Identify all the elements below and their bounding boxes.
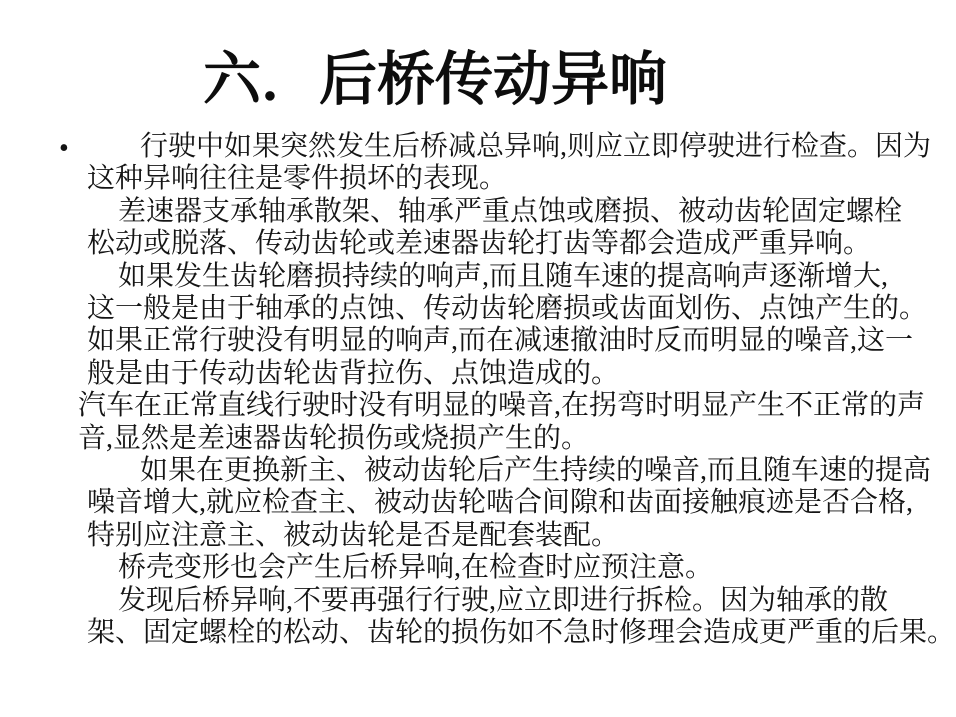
text-line: 如果正常行驶没有明显的响声,而在减速撤油时反而明显的噪音,这一 [87, 325, 943, 357]
bullet-marker: • [59, 133, 69, 165]
paragraph-3: 如果发生齿轮磨损持续的响声,而且随车速的提高响声逐渐增大, 这一般是由于轴承的点… [87, 261, 943, 391]
text-line: 行驶中如果突然发生后桥减总异响,则应立即停驶进行检查。因为 [87, 131, 943, 163]
text-line: 这一般是由于轴承的点蚀、传动齿轮磨损或齿面划伤、点蚀产生的。 [87, 293, 943, 325]
slide-title: 六．后桥传动异响 [203, 44, 667, 117]
text-line: 如果发生齿轮磨损持续的响声,而且随车速的提高响声逐渐增大, [87, 261, 943, 293]
paragraph-6: 桥壳变形也会产生后桥异响,在检查时应预注意。 [87, 552, 943, 584]
text-line: 噪音增大,就应检查主、被动齿轮啮合间隙和齿面接触痕迹是否合格, [87, 487, 943, 519]
paragraph-5: 如果在更换新主、被动齿轮后产生持续的噪音,而且随车速的提高 噪音增大,就应检查主… [87, 455, 943, 552]
text-line: 汽车在正常直线行驶时没有明显的噪音,在拐弯时明显产生不正常的声 [78, 390, 943, 422]
text-line: 松动或脱落、传动齿轮或差速器齿轮打齿等都会造成严重异响。 [87, 228, 943, 260]
text-line: 差速器支承轴承散架、轴承严重点蚀或磨损、被动齿轮固定螺栓 [87, 196, 943, 228]
text-line: 音,显然是差速器齿轮损伤或烧损产生的。 [78, 423, 943, 455]
text-line: 这种异响往往是零件损坏的表现。 [87, 163, 943, 195]
text-line: 特别应注意主、被动齿轮是否是配套装配。 [87, 520, 943, 552]
text-line: 般是由于传动齿轮齿背拉伤、点蚀造成的。 [87, 358, 943, 390]
paragraph-1: 行驶中如果突然发生后桥减总异响,则应立即停驶进行检查。因为 这种异响往往是零件损… [87, 131, 943, 196]
text-line: 发现后桥异响,不要再强行行驶,应立即进行拆检。因为轴承的散 [87, 585, 943, 617]
text-line: 如果在更换新主、被动齿轮后产生持续的噪音,而且随车速的提高 [87, 455, 943, 487]
slide-body-text: 行驶中如果突然发生后桥减总异响,则应立即停驶进行检查。因为 这种异响往往是零件损… [87, 131, 943, 650]
text-line: 桥壳变形也会产生后桥异响,在检查时应预注意。 [87, 552, 943, 584]
paragraph-4: 汽车在正常直线行驶时没有明显的噪音,在拐弯时明显产生不正常的声 音,显然是差速器… [78, 390, 943, 455]
paragraph-2: 差速器支承轴承散架、轴承严重点蚀或磨损、被动齿轮固定螺栓 松动或脱落、传动齿轮或… [87, 196, 943, 261]
presentation-slide: 六．后桥传动异响 • 行驶中如果突然发生后桥减总异响,则应立即停驶进行检查。因为… [0, 0, 956, 717]
paragraph-7: 发现后桥异响,不要再强行行驶,应立即进行拆检。因为轴承的散 架、固定螺栓的松动、… [87, 585, 943, 650]
text-line: 架、固定螺栓的松动、齿轮的损伤如不急时修理会造成更严重的后果。 [87, 617, 943, 649]
